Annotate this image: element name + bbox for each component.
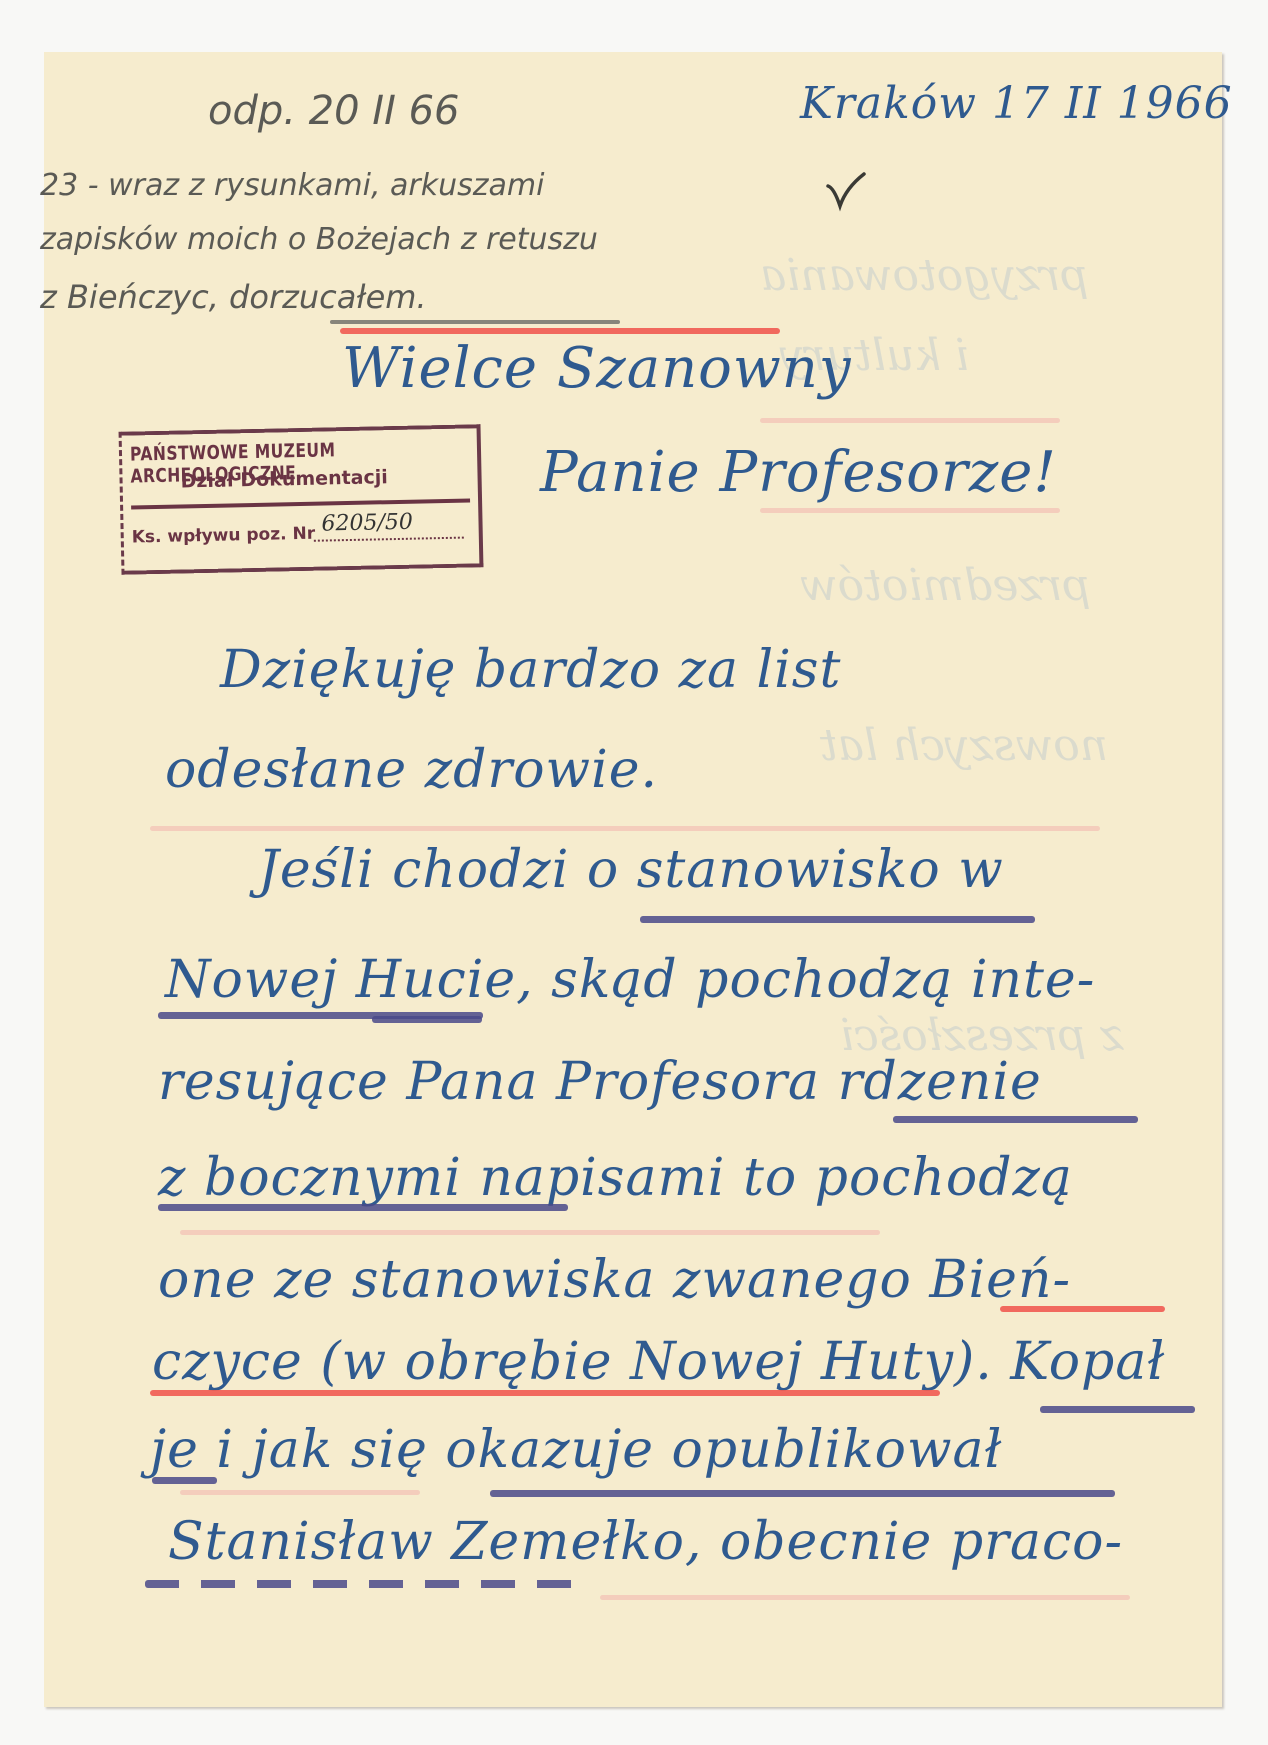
violet-underline xyxy=(893,1116,1138,1123)
faint-red-line xyxy=(180,1490,420,1495)
reply-note: odp. 20 II 66 xyxy=(208,88,460,134)
red-underline xyxy=(150,1390,940,1396)
checkmark-icon xyxy=(826,172,866,212)
pencil-annotation-line: zapisków moich o Bożejach z retuszu xyxy=(40,222,598,257)
body-line: je i jak się okazuje opublikował xyxy=(150,1420,1002,1480)
body-line: Dziękuję bardzo za list xyxy=(220,640,841,700)
body-line: odesłane zdrowie. xyxy=(165,740,658,800)
body-line: Nowej Hucie, skąd pochodzą inte- xyxy=(165,950,1095,1010)
stamp-department: Dział Dokumentacji xyxy=(180,466,388,492)
faint-red-line xyxy=(600,1595,1130,1600)
salutation-line: Wielce Szanowny xyxy=(342,336,852,401)
salutation-line: Panie Profesorze! xyxy=(540,440,1057,505)
stamp-number-field xyxy=(314,537,464,542)
faint-red-line xyxy=(150,826,1100,831)
body-line: z bocznymi napisami to pochodzą xyxy=(158,1148,1073,1208)
pencil-underline xyxy=(330,320,620,324)
red-underline xyxy=(340,328,780,334)
bleed-through-text: przedmiotów xyxy=(800,560,1091,611)
body-line: czyce (w obrębie Nowej Huty). Kopał xyxy=(152,1332,1165,1392)
red-underline xyxy=(1000,1306,1165,1312)
bleed-through-text: nowszych lat xyxy=(820,720,1108,771)
stamp-register-number: 6205/50 xyxy=(321,510,413,537)
violet-underline xyxy=(640,916,1035,923)
bleed-through-text: przygotowania xyxy=(760,250,1089,301)
faint-red-line xyxy=(760,508,1060,513)
body-line: Jeśli chodzi o stanowisko w xyxy=(258,840,1004,900)
violet-underline xyxy=(372,1016,482,1023)
place-date: Kraków 17 II 1966 xyxy=(800,78,1233,129)
pencil-annotation-line: 23 - wraz z rysunkami, arkuszami xyxy=(40,168,544,203)
violet-underline xyxy=(490,1490,1115,1497)
pencil-annotation-line: z Bieńczyc, dorzucałem. xyxy=(40,278,427,316)
stamp-rule xyxy=(131,498,470,509)
violet-underline xyxy=(158,1204,568,1211)
violet-underline xyxy=(152,1477,217,1484)
stamp-register-label: Ks. wpływu poz. Nr xyxy=(132,524,316,548)
archive-stamp: PAŃSTWOWE MUZEUM ARCHEOLOGICZNE Dział Do… xyxy=(119,424,484,575)
body-line: resujące Pana Profesora rdzenie xyxy=(158,1052,1042,1112)
body-line: one ze stanowiska zwanego Bień- xyxy=(158,1250,1071,1310)
violet-underline xyxy=(1040,1406,1195,1413)
body-line: Stanisław Zemełko, obecnie praco- xyxy=(168,1512,1123,1572)
dashed-violet-underline xyxy=(145,1580,575,1588)
faint-red-line xyxy=(180,1230,880,1235)
faint-red-line xyxy=(760,418,1060,423)
